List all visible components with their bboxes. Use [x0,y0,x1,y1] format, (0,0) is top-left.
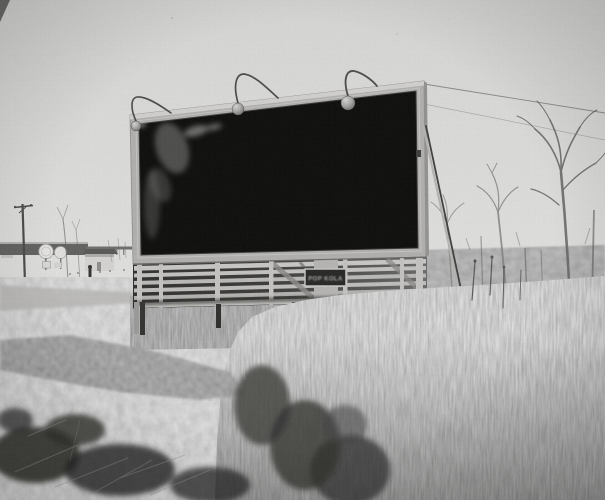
photograph: POP KOLA [0,0,605,500]
photo-scene: POP KOLA [0,0,605,500]
film-grain [0,0,605,500]
